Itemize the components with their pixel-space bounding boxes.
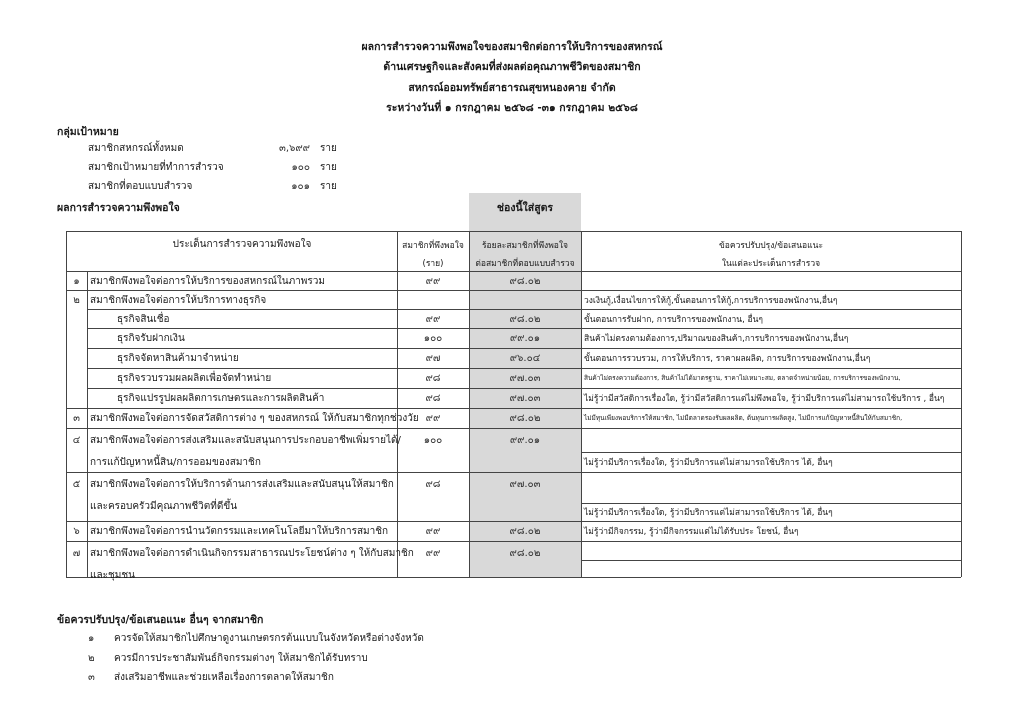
- row-topic: สมาชิกพึงพอใจต่อการให้บริการทางธุรกิจ: [90, 293, 266, 308]
- row-satisfied-percent: ๙๖.๐๔: [469, 351, 581, 366]
- table-rule: [66, 577, 581, 578]
- column-header-suggestion: ข้อควรปรับปรุง/ข้อเสนอแนะ: [581, 238, 961, 252]
- row-satisfied-percent: ๙๗.๐๓: [469, 371, 581, 386]
- suggestion-text: ไม่รู้ว่ามีกิจกรรม, รู้ว่ามีกิจกรรมแต่ไม…: [584, 524, 799, 538]
- table-rule: [581, 560, 961, 561]
- table-rule: [581, 388, 961, 389]
- row-satisfied-percent: ๙๗.๐๓: [469, 391, 581, 406]
- suggestion-text: สินค้าไม่ตรงความต้องการ, สินค้าไม่ได้มาต…: [584, 373, 901, 383]
- row-topic-continued: และครอบครัวมีคุณภาพชีวิตที่ดีขึ้น: [90, 499, 237, 514]
- results-heading: ผลการสำรวจความพึงพอใจ: [57, 199, 180, 216]
- target-value: ๑๐๐: [250, 160, 310, 175]
- table-rule: [66, 541, 581, 542]
- target-unit: ราย: [320, 179, 337, 194]
- list-item: ควรมีการประชาสัมพันธ์กิจกรรมต่างๆ ให้สมา…: [114, 651, 368, 666]
- row-topic: ธุรกิจรับฝากเงิน: [117, 331, 185, 346]
- table-rule: [66, 521, 581, 522]
- suggestion-text: ไม่รู้ว่ามีบริการเรื่องใด, รู้ว่ามีบริกา…: [584, 505, 833, 519]
- target-unit: ราย: [320, 160, 337, 175]
- suggestion-text: ขั้นตอนการรวบรวม, การให้บริการ, ราคาผลผล…: [584, 351, 870, 365]
- row-satisfied-count: ๙๗: [397, 351, 469, 366]
- list-item: ควรจัดให้สมาชิกไปศึกษาดูงานเกษตรกรต้นแบบ…: [114, 631, 424, 646]
- report-title: ผลการสำรวจความพึงพอใจของสมาชิกต่อการให้บ…: [0, 38, 1024, 55]
- table-rule: [581, 408, 961, 409]
- row-satisfied-count: ๙๙: [397, 274, 469, 289]
- table-rule: [581, 452, 961, 453]
- table-rule: [581, 368, 961, 369]
- suggestion-text: ขั้นตอนการรับฝาก, การบริการของพนักงาน, อ…: [584, 312, 763, 326]
- row-topic: สมาชิกพึงพอใจต่อการส่งเสริมและสนับสนุนกา…: [90, 433, 401, 448]
- list-item-number: ๒: [88, 651, 95, 666]
- row-satisfied-percent: ๙๗.๐๓: [469, 477, 581, 492]
- target-label: สมาชิกสหกรณ์ทั้งหมด: [88, 141, 184, 156]
- column-header-suggestion-2: ในแต่ละประเด็นการสำรวจ: [581, 256, 961, 270]
- column-header-satisfied: สมาชิกที่พึงพอใจ: [397, 238, 469, 252]
- table-rule: [66, 472, 581, 473]
- cooperative-name: สหกรณ์ออมทรัพย์สาธารณสุขหนองคาย จำกัด: [0, 79, 1024, 96]
- column-header-topic: ประเด็นการสำรวจความพึงพอใจ: [87, 237, 397, 252]
- table-rule: [581, 231, 582, 577]
- row-topic: สมาชิกพึงพอใจต่อการให้บริการด้านการส่งเส…: [90, 477, 394, 492]
- table-rule: [581, 348, 961, 349]
- row-topic-continued: การแก้ปัญหาหนี้สิน/การออมของสมาชิก: [90, 455, 261, 470]
- suggestion-text: ไม่รู้ว่ามีบริการเรื่องใด, รู้ว่ามีบริกา…: [584, 455, 833, 469]
- target-label: สมาชิกเป้าหมายที่ทำการสำรวจ: [88, 160, 224, 175]
- table-rule: [581, 290, 961, 291]
- table-rule: [87, 388, 581, 389]
- row-number: ๖: [66, 524, 87, 539]
- target-label: สมาชิกที่ตอบแบบสำรวจ: [88, 179, 192, 194]
- row-satisfied-count: ๙๙: [397, 524, 469, 539]
- list-item-number: ๓: [88, 670, 95, 685]
- row-satisfied-percent: ๙๙.๐๑: [469, 433, 581, 448]
- row-satisfied-count: ๑๐๐: [397, 433, 469, 448]
- row-topic: สมาชิกพึงพอใจต่อการจัดสวัสดิการต่าง ๆ ขอ…: [90, 411, 419, 426]
- table-rule: [87, 328, 581, 329]
- row-number: ๔: [66, 433, 87, 448]
- row-satisfied-count: ๙๘: [397, 371, 469, 386]
- row-satisfied-count: ๙๙: [397, 546, 469, 561]
- table-rule: [581, 428, 961, 429]
- table-rule: [66, 271, 961, 272]
- suggestion-text: ไม่มีทุนเพียงพอบริการให้สมาชิก, ไม่มีตลา…: [584, 413, 902, 423]
- column-header-percent: ร้อยละสมาชิกที่พึงพอใจ: [469, 238, 581, 252]
- column-header-percent-2: ต่อสมาชิกที่ตอบแบบสำรวจ: [469, 256, 581, 270]
- table-rule: [581, 577, 961, 578]
- row-number: ๓: [66, 411, 87, 426]
- table-rule: [961, 231, 962, 577]
- survey-period: ระหว่างวันที่ ๑ กรกฎาคม ๒๕๖๘ -๓๑ กรกฎาคม…: [0, 99, 1024, 116]
- row-number: ๗: [66, 546, 87, 561]
- target-value: ๑๐๑: [250, 179, 310, 194]
- table-rule: [581, 328, 961, 329]
- table-rule: [87, 271, 88, 577]
- row-satisfied-percent: ๙๘.๐๒: [469, 546, 581, 561]
- table-rule: [581, 503, 961, 504]
- target-unit: ราย: [320, 141, 337, 156]
- row-topic: ธุรกิจสินเชื่อ: [117, 312, 170, 327]
- table-rule: [581, 541, 961, 542]
- table-rule: [87, 309, 581, 310]
- row-satisfied-count: ๑๐๐: [397, 331, 469, 346]
- list-item: ส่งเสริมอาชีพและช่วยเหลือเรื่องการตลาดให…: [114, 670, 334, 685]
- column-header-satisfied-unit: (ราย): [397, 256, 469, 270]
- table-rule: [581, 472, 961, 473]
- table-rule: [581, 521, 961, 522]
- row-satisfied-percent: ๙๘.๐๒: [469, 312, 581, 327]
- row-satisfied-count: ๙๘: [397, 391, 469, 406]
- suggestion-text: สินค้าไม่ตรงตามต้องการ,ปริมาณของสินค้า,ก…: [584, 331, 848, 345]
- row-satisfied-count: ๙๙: [397, 411, 469, 426]
- list-item-number: ๑: [88, 631, 94, 646]
- target-value: ๓,๖๙๙: [250, 141, 310, 156]
- row-number: ๒: [66, 293, 87, 308]
- row-topic: สมาชิกพึงพอใจต่อการนำนวัตกรรมและเทคโนโลย…: [90, 524, 388, 539]
- row-satisfied-count: ๙๙: [397, 312, 469, 327]
- target-group-heading: กลุ่มเป้าหมาย: [57, 123, 119, 140]
- table-rule: [66, 408, 581, 409]
- report-subtitle: ด้านเศรษฐกิจและสังคมที่ส่งผลต่อคุณภาพชีว…: [0, 58, 1024, 75]
- row-number: ๑: [66, 274, 87, 289]
- row-topic: สมาชิกพึงพอใจต่อการดำเนินกิจกรรมสาธารณปร…: [90, 546, 414, 561]
- row-topic: ธุรกิจแปรรูปผลผลิตการเกษตรและการผลิตสินค…: [117, 391, 324, 406]
- formula-note: ช่องนี้ใส่สูตร: [469, 199, 581, 216]
- table-rule: [66, 428, 581, 429]
- row-topic-continued: และชุมชน: [90, 568, 135, 583]
- table-rule: [66, 231, 961, 232]
- table-rule: [87, 348, 581, 349]
- row-number: ๕: [66, 477, 87, 492]
- suggestion-text: วงเงินกู้,เงื่อนไขการให้กู้,ขั้นตอนการให…: [584, 293, 837, 307]
- row-topic: ธุรกิจรวบรวมผลผลิตเพื่อจัดทำหน่าย: [117, 371, 271, 386]
- row-satisfied-percent: ๙๙.๐๑: [469, 331, 581, 346]
- row-topic: ธุรกิจจัดหาสินค้ามาจำหน่าย: [117, 351, 239, 366]
- row-satisfied-percent: ๙๘.๐๒: [469, 524, 581, 539]
- suggestion-text: ไม่รู้ว่ามีสวัสดิการเรื่องใด, รู้ว่ามีสว…: [584, 391, 944, 405]
- row-topic: สมาชิกพึงพอใจต่อการให้บริการของสหกรณ์ในภ…: [90, 274, 325, 289]
- table-rule: [581, 309, 961, 310]
- table-rule: [87, 368, 581, 369]
- table-rule: [66, 290, 581, 291]
- row-satisfied-percent: ๙๘.๐๒: [469, 274, 581, 289]
- row-satisfied-count: ๙๘: [397, 477, 469, 492]
- row-satisfied-percent: ๙๘.๐๒: [469, 411, 581, 426]
- other-suggestions-heading: ข้อควรปรับปรุง/ข้อเสนอแนะ อื่นๆ จากสมาชิ…: [57, 611, 263, 628]
